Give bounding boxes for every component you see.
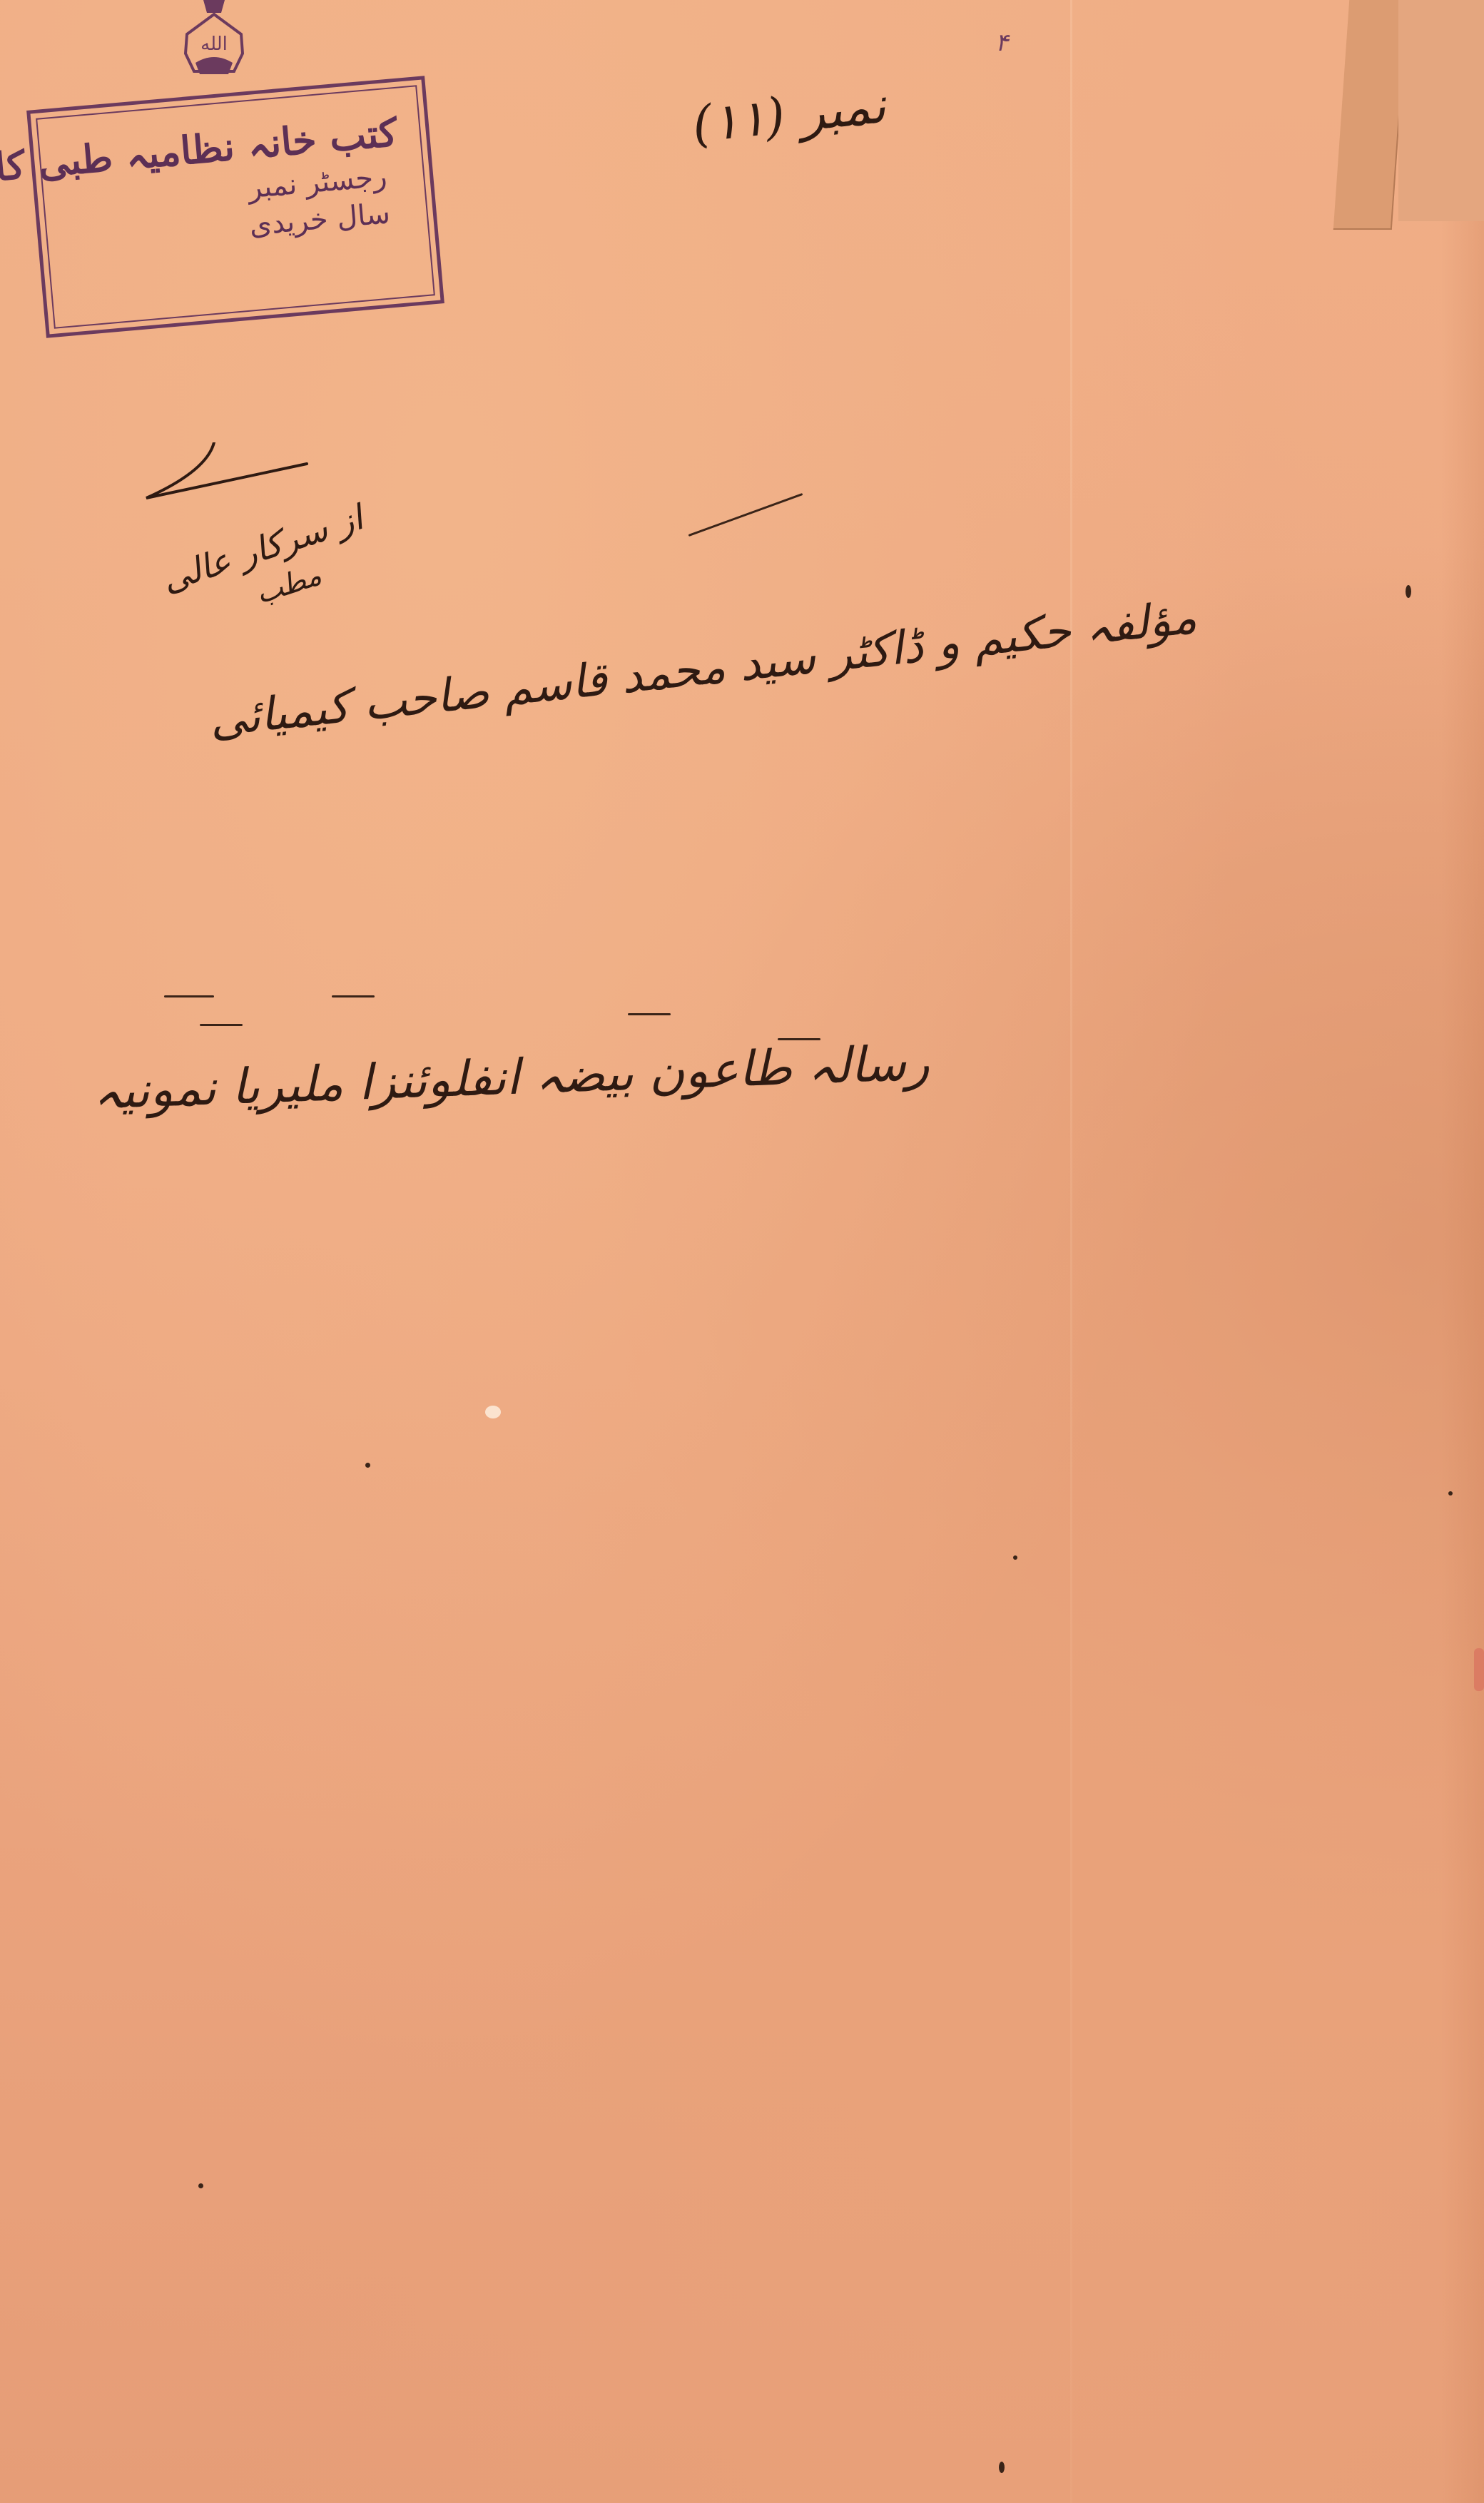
paper-fold-line: [1070, 0, 1072, 2503]
ink-speck: [999, 2462, 1005, 2473]
ink-speck: [1448, 1491, 1453, 1496]
svg-text:الله: الله: [200, 34, 228, 55]
manuscript-page: الله کتب خانہ نظامیہ طبی کالج سرکار عالی…: [0, 0, 1484, 2503]
library-stamp: کتب خانہ نظامیہ طبی کالج سرکار عالی رجسٹ…: [26, 76, 444, 338]
title-overline-2: [200, 1024, 243, 1026]
ink-speck: [1013, 1555, 1017, 1560]
title-overline-5: [778, 1038, 820, 1040]
allah-emblem-icon: الله: [171, 0, 257, 93]
superscript-number: ۴: [995, 29, 1008, 57]
author-line: مؤلفہ حکیم و ڈاکٹر سید محمد قاسم صاحب کی…: [207, 591, 1199, 748]
paper-edge-shadow: [1441, 0, 1484, 2503]
accession-note: از سرکار عالی مطب: [157, 498, 380, 637]
title-line: رسالہ طاعون بیضہ انفلوئنزا ملیریا نمونیہ: [92, 1035, 930, 1121]
paper-speck: [485, 1406, 501, 1418]
ink-speck: [365, 1463, 370, 1468]
ink-speck: [1406, 585, 1411, 598]
title-overline-1: [164, 995, 214, 997]
binding-tab: [1333, 0, 1408, 230]
binding-tab-backing: [1398, 0, 1484, 221]
ink-speck: [198, 2183, 203, 2188]
red-edge-mark: [1474, 1648, 1484, 1691]
title-overline-4: [628, 1013, 671, 1015]
check-mark-icon: [143, 442, 314, 507]
title-overline-3: [332, 995, 375, 997]
author-overline: [688, 493, 803, 537]
page-number: نمبر (۱۱): [689, 76, 888, 154]
